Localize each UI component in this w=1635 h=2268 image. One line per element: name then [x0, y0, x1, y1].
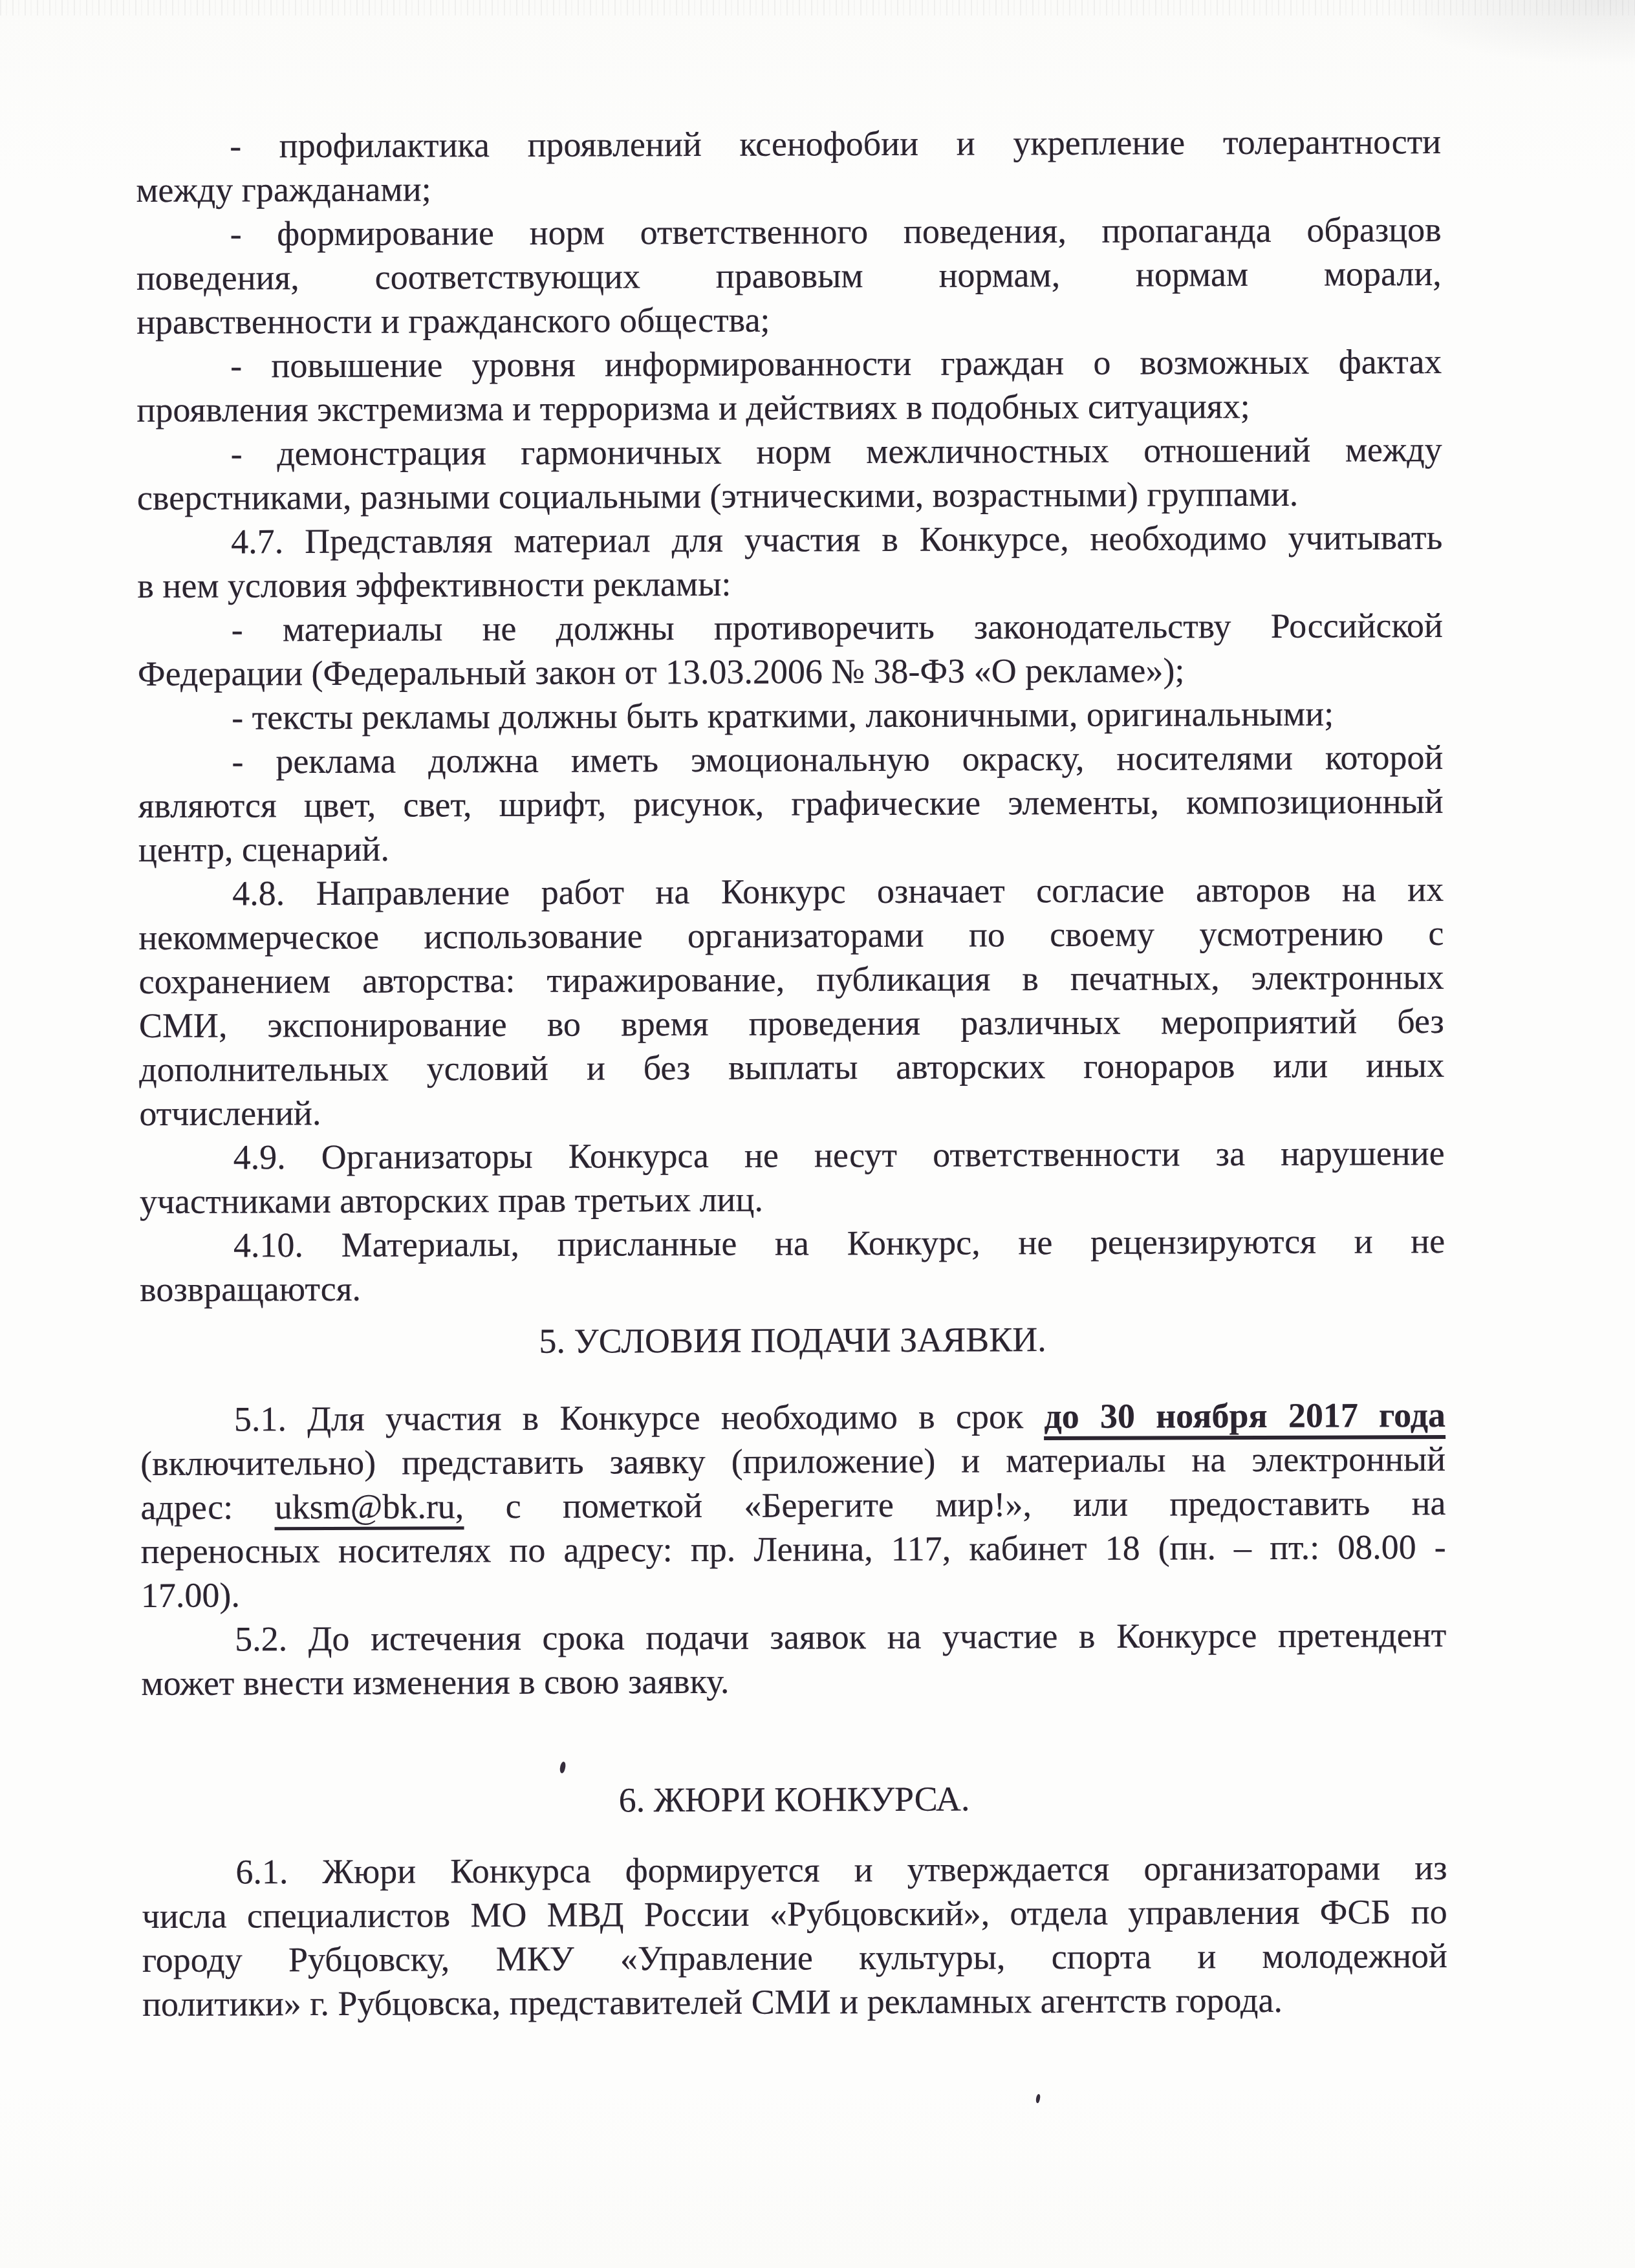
text-line: Федерации (Федеральный закон от 13.03.20…: [138, 647, 1443, 696]
paragraph: 4.10. Материалы, присланные на Конкурс, …: [140, 1219, 1445, 1312]
paragraph: 6.1. Жюри Конкурса формируется и утвержд…: [142, 1846, 1447, 2026]
text-line: 4.10. Материалы, присланные на Конкурс, …: [140, 1219, 1445, 1268]
text-line: политики» г. Рубцовска, представителей С…: [142, 1978, 1447, 2026]
text-line: являются цвет, свет, шрифт, рисунок, гра…: [138, 779, 1444, 828]
paragraph: 5.2. До истечения срока подачи заявок на…: [141, 1613, 1446, 1705]
text-line: дополнительных условий и без выплаты авт…: [139, 1043, 1444, 1092]
list-item-paragraph: - материалы не должны противоречить зако…: [138, 603, 1443, 696]
text-line: адрес: uksm@bk.ru, с пометкой «Берегите …: [140, 1481, 1446, 1529]
text-line: переносных носителях по адресу: пр. Лени…: [141, 1525, 1446, 1573]
text-line: - повышение уровня информированности гра…: [136, 340, 1442, 388]
text-line: возвращаются.: [140, 1263, 1445, 1312]
text-line: городу Рубцовску, МКУ «Управление культу…: [142, 1934, 1447, 1982]
list-item-paragraph: - повышение уровня информированности гра…: [136, 340, 1442, 432]
text-line: - тексты рекламы должны быть краткими, л…: [138, 691, 1443, 740]
list-item-paragraph: - тексты рекламы должны быть краткими, л…: [138, 691, 1443, 740]
text-run: с пометкой «Берегите мир!», или предоста…: [464, 1484, 1446, 1526]
text-line: - реклама должна иметь эмоциональную окр…: [138, 735, 1443, 784]
list-item-paragraph: - демонстрация гармоничных норм межлично…: [137, 427, 1442, 520]
text-line: - профилактика проявлений ксенофобии и у…: [136, 120, 1441, 168]
paragraph: 4.8. Направление работ на Конкурс означа…: [138, 867, 1444, 1136]
text-line: поведения, соответствующих правовым норм…: [136, 252, 1442, 300]
text-line: (включительно) представить заявку (прило…: [140, 1437, 1446, 1485]
document-text: - профилактика проявлений ксенофобии и у…: [136, 120, 1447, 2026]
list-item-paragraph: - формирование норм ответственного повед…: [136, 208, 1442, 344]
bold-underlined-text: до 30 ноября 2017 года: [1044, 1396, 1446, 1440]
text-line: 4.8. Направление работ на Конкурс означа…: [138, 867, 1444, 916]
text-line: некоммерческое использование организатор…: [138, 911, 1444, 960]
text-line: 5.2. До истечения срока подачи заявок на…: [141, 1613, 1446, 1661]
list-item-paragraph: - профилактика проявлений ксенофобии и у…: [136, 120, 1441, 212]
text-line: проявления экстремизма и терроризма и де…: [136, 383, 1442, 432]
text-run: адрес:: [140, 1487, 274, 1527]
text-line: - материалы не должны противоречить зако…: [138, 603, 1443, 652]
text-line: центр, сценарий.: [138, 823, 1444, 872]
text-line: 4.7. Представляя материал для участия в …: [137, 515, 1442, 564]
text-line: может внести изменения в свою заявку.: [141, 1657, 1446, 1705]
text-line: 5.1. Для участия в Конкурсе необходимо в…: [140, 1393, 1446, 1442]
text-line: нравственности и гражданского общества;: [136, 296, 1442, 344]
document-page: - профилактика проявлений ксенофобии и у…: [0, 0, 1635, 2268]
text-line: 4.9. Организаторы Конкурса не несут отве…: [139, 1131, 1444, 1180]
text-line: 6.1. Жюри Конкурса формируется и утвержд…: [142, 1846, 1447, 1894]
text-line: числа специалистов МО МВД России «Рубцов…: [142, 1890, 1447, 1938]
scanned-document: { "page": { "paper_color": "#fdfdfc", "i…: [0, 0, 1635, 2268]
text-line: сверстниками, разными социальными (этнич…: [137, 471, 1442, 520]
text-run: 5.1. Для участия в Конкурсе необходимо в…: [234, 1397, 1045, 1438]
text-line: - демонстрация гармоничных норм межлично…: [137, 427, 1442, 476]
section-heading: 5. УСЛОВИЯ ПОДАЧИ ЗАЯВКИ.: [140, 1316, 1445, 1365]
underlined-text: uksm@bk.ru,: [274, 1487, 464, 1530]
text-line: 17.00).: [141, 1569, 1446, 1617]
list-item-paragraph: - реклама должна иметь эмоциональную окр…: [138, 735, 1444, 872]
text-line: СМИ, экспонирование во время проведения …: [139, 999, 1444, 1048]
text-line: отчислений.: [139, 1087, 1444, 1136]
paragraph: 5.1. Для участия в Конкурсе необходимо в…: [140, 1393, 1446, 1617]
section-heading: 6. ЖЮРИ КОНКУРСА.: [142, 1775, 1447, 1824]
ink-speck: [1035, 2093, 1041, 2103]
text-line: между гражданами;: [136, 164, 1441, 212]
text-line: участниками авторских прав третьих лиц.: [140, 1175, 1445, 1224]
text-line: сохранением авторства: тиражирование, пу…: [139, 955, 1444, 1004]
text-line: - формирование норм ответственного повед…: [136, 208, 1441, 256]
paragraph: 4.9. Организаторы Конкурса не несут отве…: [139, 1131, 1444, 1224]
text-line: в нем условия эффективности рекламы:: [137, 559, 1442, 608]
paragraph: 4.7. Представляя материал для участия в …: [137, 515, 1442, 608]
